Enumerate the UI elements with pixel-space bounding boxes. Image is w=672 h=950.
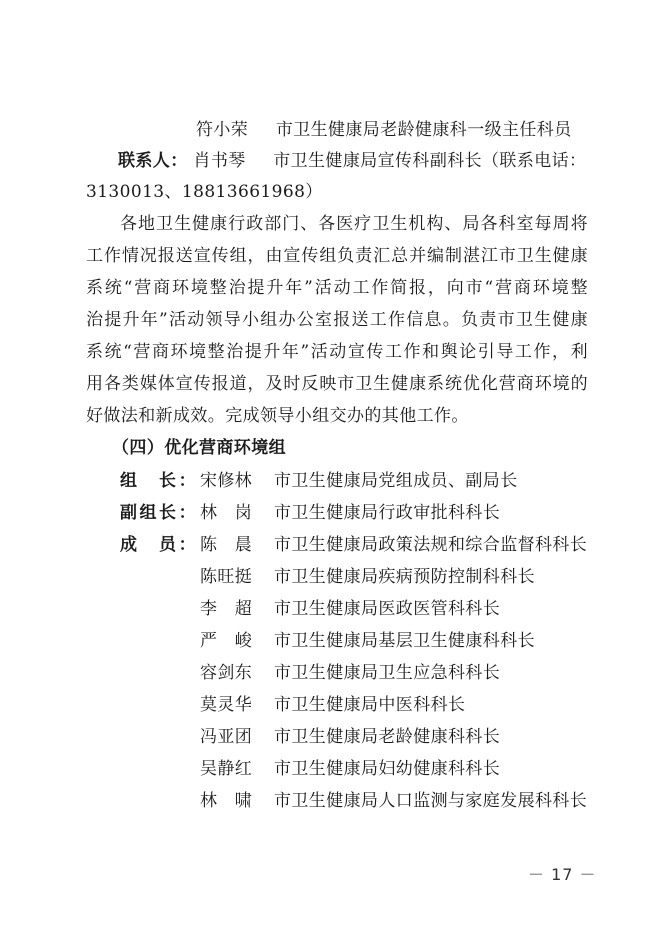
roster-row: 陈旺挺市卫生健康局疾病预防控制科科长: [200, 565, 600, 589]
paragraph-line: 各地卫生健康行政部门、各医疗卫生机构、局各科室每周将: [120, 212, 588, 236]
member-title: 市卫生健康局老龄健康科一级主任科员: [276, 120, 572, 140]
roster-row: 冯亚团市卫生健康局老龄健康科科长: [200, 725, 600, 749]
roster-name: 容剑东: [200, 661, 274, 685]
paragraph-line: 好做法和新成效。完成领导小组交办的其他工作。: [86, 404, 588, 428]
contact-name: 肖书琴: [193, 149, 267, 173]
roster-name: 吴静红: [200, 757, 274, 781]
roster-name: 陈 晨: [200, 533, 274, 557]
member-line-continued: 符小荣 市卫生健康局老龄健康科一级主任科员: [196, 118, 596, 142]
paragraph-line: 系统“营商环境整治提升年”活动宣传工作和舆论引导工作，利: [86, 340, 588, 364]
roster-title: 市卫生健康局基层卫生健康科科长: [274, 631, 535, 651]
roster-row: 林 啸市卫生健康局人口监测与家庭发展科科长: [200, 789, 600, 813]
section-heading: （四）优化营商环境组: [112, 436, 614, 460]
roster-name: 林 岗: [200, 501, 274, 525]
roster-name: 严 峻: [200, 629, 274, 653]
roster-name: 李 超: [200, 597, 274, 621]
roster-title: 市卫生健康局中医科科长: [274, 695, 465, 715]
roster-label: 成 员：: [120, 533, 196, 557]
roster-row: 吴静红市卫生健康局妇幼健康科科长: [200, 757, 600, 781]
roster-row: 组 长：宋修林市卫生健康局党组成员、副局长: [120, 469, 590, 493]
page-number: － 17 －: [528, 862, 597, 885]
roster-title: 市卫生健康局党组成员、副局长: [274, 471, 518, 491]
paragraph-line: 工作情况报送宣传组，由宣传组负责汇总并编制湛江市卫生健康: [86, 244, 588, 268]
roster-title: 市卫生健康局疾病预防控制科科长: [274, 567, 535, 587]
contact-line: 联系人： 肖书琴 市卫生健康局宣传科副科长（联系电话：: [118, 149, 588, 173]
roster-row: 容剑东市卫生健康局卫生应急科科长: [200, 661, 600, 685]
contact-phone: 3130013、18813661968）: [86, 182, 323, 202]
roster-name: 陈旺挺: [200, 565, 274, 589]
contact-title: 市卫生健康局宣传科副科长（联系电话：: [273, 151, 586, 171]
paragraph-line: 治提升年”活动领导小组办公室报送工作信息。负责市卫生健康: [86, 308, 588, 332]
roster-row: 李 超市卫生健康局医政医管科科长: [200, 597, 600, 621]
paragraph-line: 系统“营商环境整治提升年”活动工作简报，向市“营商环境整: [86, 276, 588, 300]
contact-label: 联系人：: [118, 151, 188, 171]
roster-name: 宋修林: [200, 469, 274, 493]
roster-title: 市卫生健康局人口监测与家庭发展科科长: [274, 791, 587, 811]
roster-name: 莫灵华: [200, 693, 274, 717]
roster-title: 市卫生健康局妇幼健康科科长: [274, 759, 500, 779]
contact-phone-line: 3130013、18813661968）: [86, 180, 588, 204]
roster-name: 冯亚团: [200, 725, 274, 749]
member-name: 符小荣: [196, 118, 270, 142]
roster-title: 市卫生健康局行政审批科科长: [274, 503, 500, 523]
roster-row: 严 峻市卫生健康局基层卫生健康科科长: [200, 629, 600, 653]
roster-title: 市卫生健康局医政医管科科长: [274, 599, 500, 619]
roster-row: 副组长：林 岗市卫生健康局行政审批科科长: [120, 501, 590, 525]
paragraph-line: 用各类媒体宣传报道，及时反映市卫生健康系统优化营商环境的: [86, 372, 588, 396]
roster-label: 组 长：: [120, 469, 196, 493]
roster-title: 市卫生健康局政策法规和综合监督科科长: [274, 535, 587, 555]
roster-row: 成 员：陈 晨市卫生健康局政策法规和综合监督科科长: [120, 533, 590, 557]
roster-title: 市卫生健康局老龄健康科科长: [274, 727, 500, 747]
roster-row: 莫灵华市卫生健康局中医科科长: [200, 693, 600, 717]
roster-name: 林 啸: [200, 789, 274, 813]
roster-title: 市卫生健康局卫生应急科科长: [274, 663, 500, 683]
roster-label: 副组长：: [120, 501, 196, 525]
document-page: 符小荣 市卫生健康局老龄健康科一级主任科员 联系人： 肖书琴 市卫生健康局宣传科…: [0, 0, 672, 950]
